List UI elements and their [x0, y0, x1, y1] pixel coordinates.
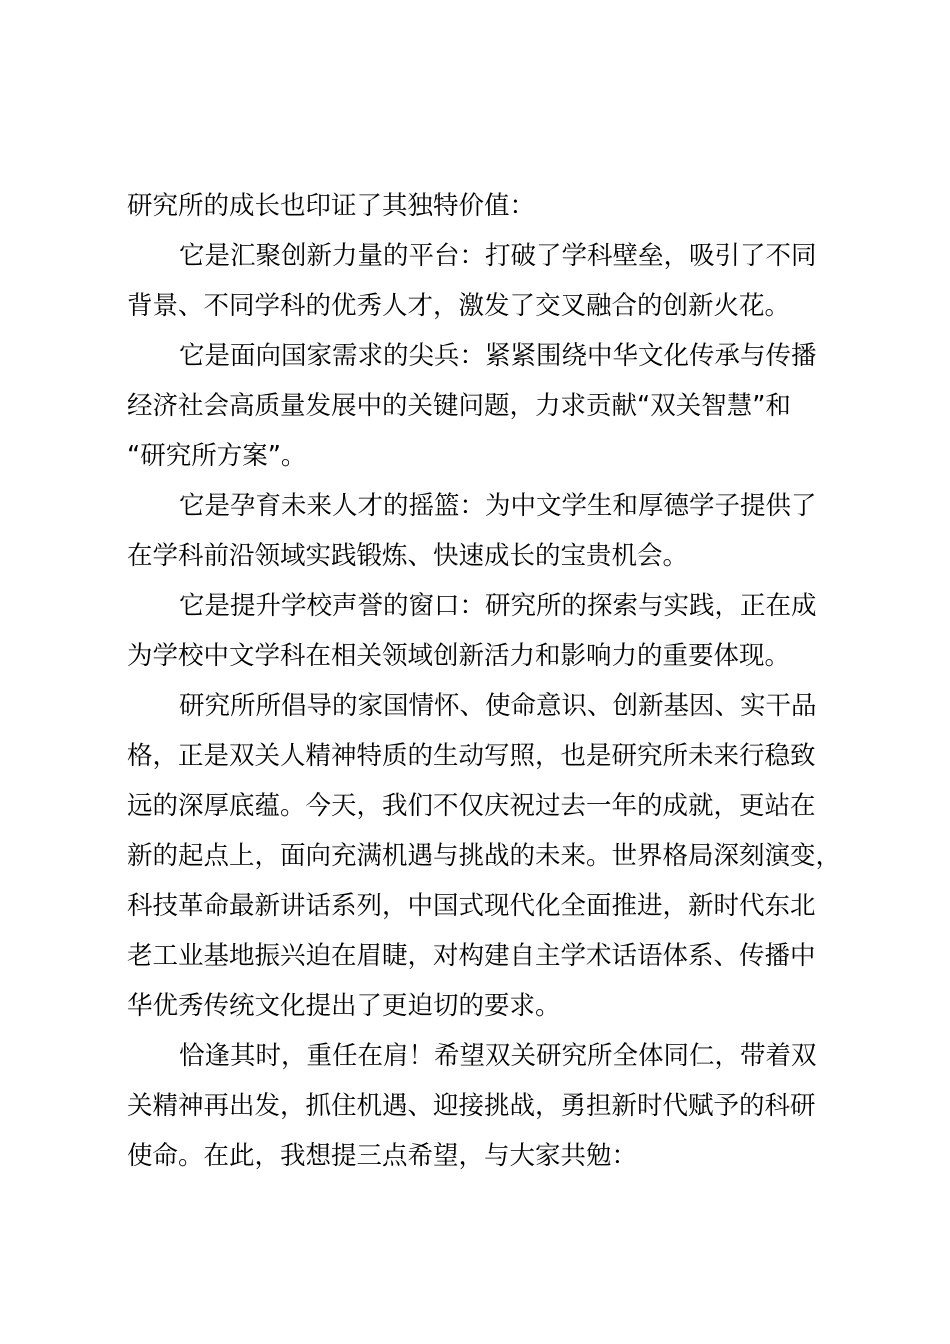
- paragraph-3-line-1: 在学科前沿领域实践锻炼、快速成长的宝贵机会。: [127, 536, 867, 586]
- paragraph-5-line-5: 老工业基地振兴迫在眉睫，对构建自主学术话语体系、传播中: [127, 936, 867, 986]
- paragraph-5-line-4: 科技革命最新讲话系列，中国式现代化全面推进，新时代东北: [127, 886, 867, 936]
- paragraph-0-line-0: 研究所的成长也印证了其独特价值：: [127, 186, 867, 236]
- paragraph-5-line-1: 格，正是双关人精神特质的生动写照，也是研究所未来行稳致: [127, 736, 867, 786]
- paragraph-1-line-0: 它是汇聚创新力量的平台：打破了学科壁垒，吸引了不同: [127, 236, 867, 286]
- paragraph-5-line-2: 远的深厚底蕴。今天，我们不仅庆祝过去一年的成就，更站在: [127, 786, 867, 836]
- paragraph-4-line-0: 它是提升学校声誉的窗口：研究所的探索与实践，正在成: [127, 586, 867, 636]
- paragraph-6-line-1: 关精神再出发，抓住机遇、迎接挑战，勇担新时代赋予的科研: [127, 1086, 867, 1136]
- paragraph-4-line-1: 为学校中文学科在相关领域创新活力和影响力的重要体现。: [127, 636, 867, 686]
- paragraph-2-line-1: 经济社会高质量发展中的关键问题，力求贡献“双关智慧”和: [127, 386, 867, 436]
- paragraph-6-line-0: 恰逢其时，重任在肩！希望双关研究所全体同仁，带着双: [127, 1036, 867, 1086]
- paragraph-2-line-0: 它是面向国家需求的尖兵：紧紧围绕中华文化传承与传播: [127, 336, 867, 386]
- paragraph-3-line-0: 它是孕育未来人才的摇篮：为中文学生和厚德学子提供了: [127, 486, 867, 536]
- paragraph-5-line-0: 研究所所倡导的家国情怀、使命意识、创新基因、实干品: [127, 686, 867, 736]
- paragraph-5-line-3: 新的起点上，面向充满机遇与挑战的未来。世界格局深刻演变，: [127, 836, 867, 886]
- document-page: 研究所的成长也印证了其独特价值： 它是汇聚创新力量的平台：打破了学科壁垒，吸引了…: [127, 186, 867, 1186]
- paragraph-5-line-6: 华优秀传统文化提出了更迫切的要求。: [127, 986, 867, 1036]
- paragraph-6-line-2: 使命。在此，我想提三点希望，与大家共勉：: [127, 1136, 867, 1186]
- paragraph-1-line-1: 背景、不同学科的优秀人才，激发了交叉融合的创新火花。: [127, 286, 867, 336]
- paragraph-2-line-2: “研究所方案”。: [127, 436, 867, 486]
